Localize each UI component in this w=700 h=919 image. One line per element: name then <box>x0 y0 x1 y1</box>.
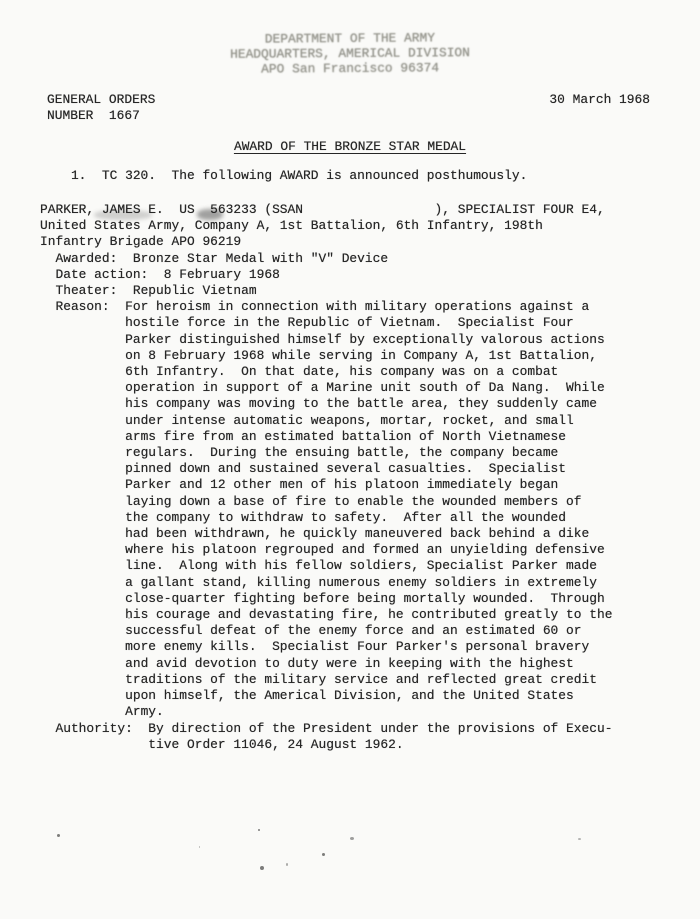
awarded-value: Bronze Star Medal with "V" Device <box>133 251 388 267</box>
scan-speck <box>578 838 581 840</box>
intro-paragraph: 1. TC 320. The following AWARD is announ… <box>40 168 527 184</box>
scanned-general-orders-document: DEPARTMENT OF THE ARMY HEADQUARTERS, AME… <box>0 0 700 919</box>
orders-number: NUMBER 1667 <box>47 108 140 123</box>
theater-row: Theater: Republic Vietnam <box>40 283 672 299</box>
date-action-value: 8 February 1968 <box>164 267 280 283</box>
authority-row: Authority: By direction of the President… <box>40 721 672 753</box>
scan-speck <box>199 846 200 848</box>
date-action-row: Date action: 8 February 1968 <box>40 267 672 283</box>
reason-row: Reason: For heroism in connection with m… <box>40 299 672 720</box>
scan-speck <box>258 829 260 831</box>
general-orders-label: GENERAL ORDERS <box>47 92 155 107</box>
reason-label: Reason: <box>55 299 109 315</box>
awarded-label: Awarded: <box>55 251 117 267</box>
recipient-paragraph: PARKER, JAMES E. US 563233 (SSAN ), SPEC… <box>40 202 672 251</box>
authority-label: Authority: <box>55 721 132 737</box>
army-letterhead: DEPARTMENT OF THE ARMY HEADQUARTERS, AME… <box>0 29 700 79</box>
award-body: PARKER, JAMES E. US 563233 (SSAN ), SPEC… <box>40 202 672 753</box>
document-title: AWARD OF THE BRONZE STAR MEDAL <box>0 139 700 155</box>
scan-speck <box>322 853 325 856</box>
theater-value: Republic Vietnam <box>133 283 257 299</box>
date-action-label: Date action: <box>55 267 148 283</box>
scan-speck <box>260 866 264 870</box>
scan-speck <box>286 863 288 866</box>
scan-speck <box>350 837 354 840</box>
orders-header-row: GENERAL ORDERS NUMBER 1667 30 March 1968 <box>47 92 650 124</box>
authority-value: By direction of the President under the … <box>148 721 612 753</box>
reason-citation-text: For heroism in connection with military … <box>125 299 612 720</box>
theater-label: Theater: <box>55 283 117 299</box>
orders-date: 30 March 1968 <box>549 92 650 108</box>
scan-speck <box>57 834 60 837</box>
awarded-row: Awarded: Bronze Star Medal with "V" Devi… <box>40 251 672 267</box>
general-orders-number-block: GENERAL ORDERS NUMBER 1667 <box>47 92 155 124</box>
